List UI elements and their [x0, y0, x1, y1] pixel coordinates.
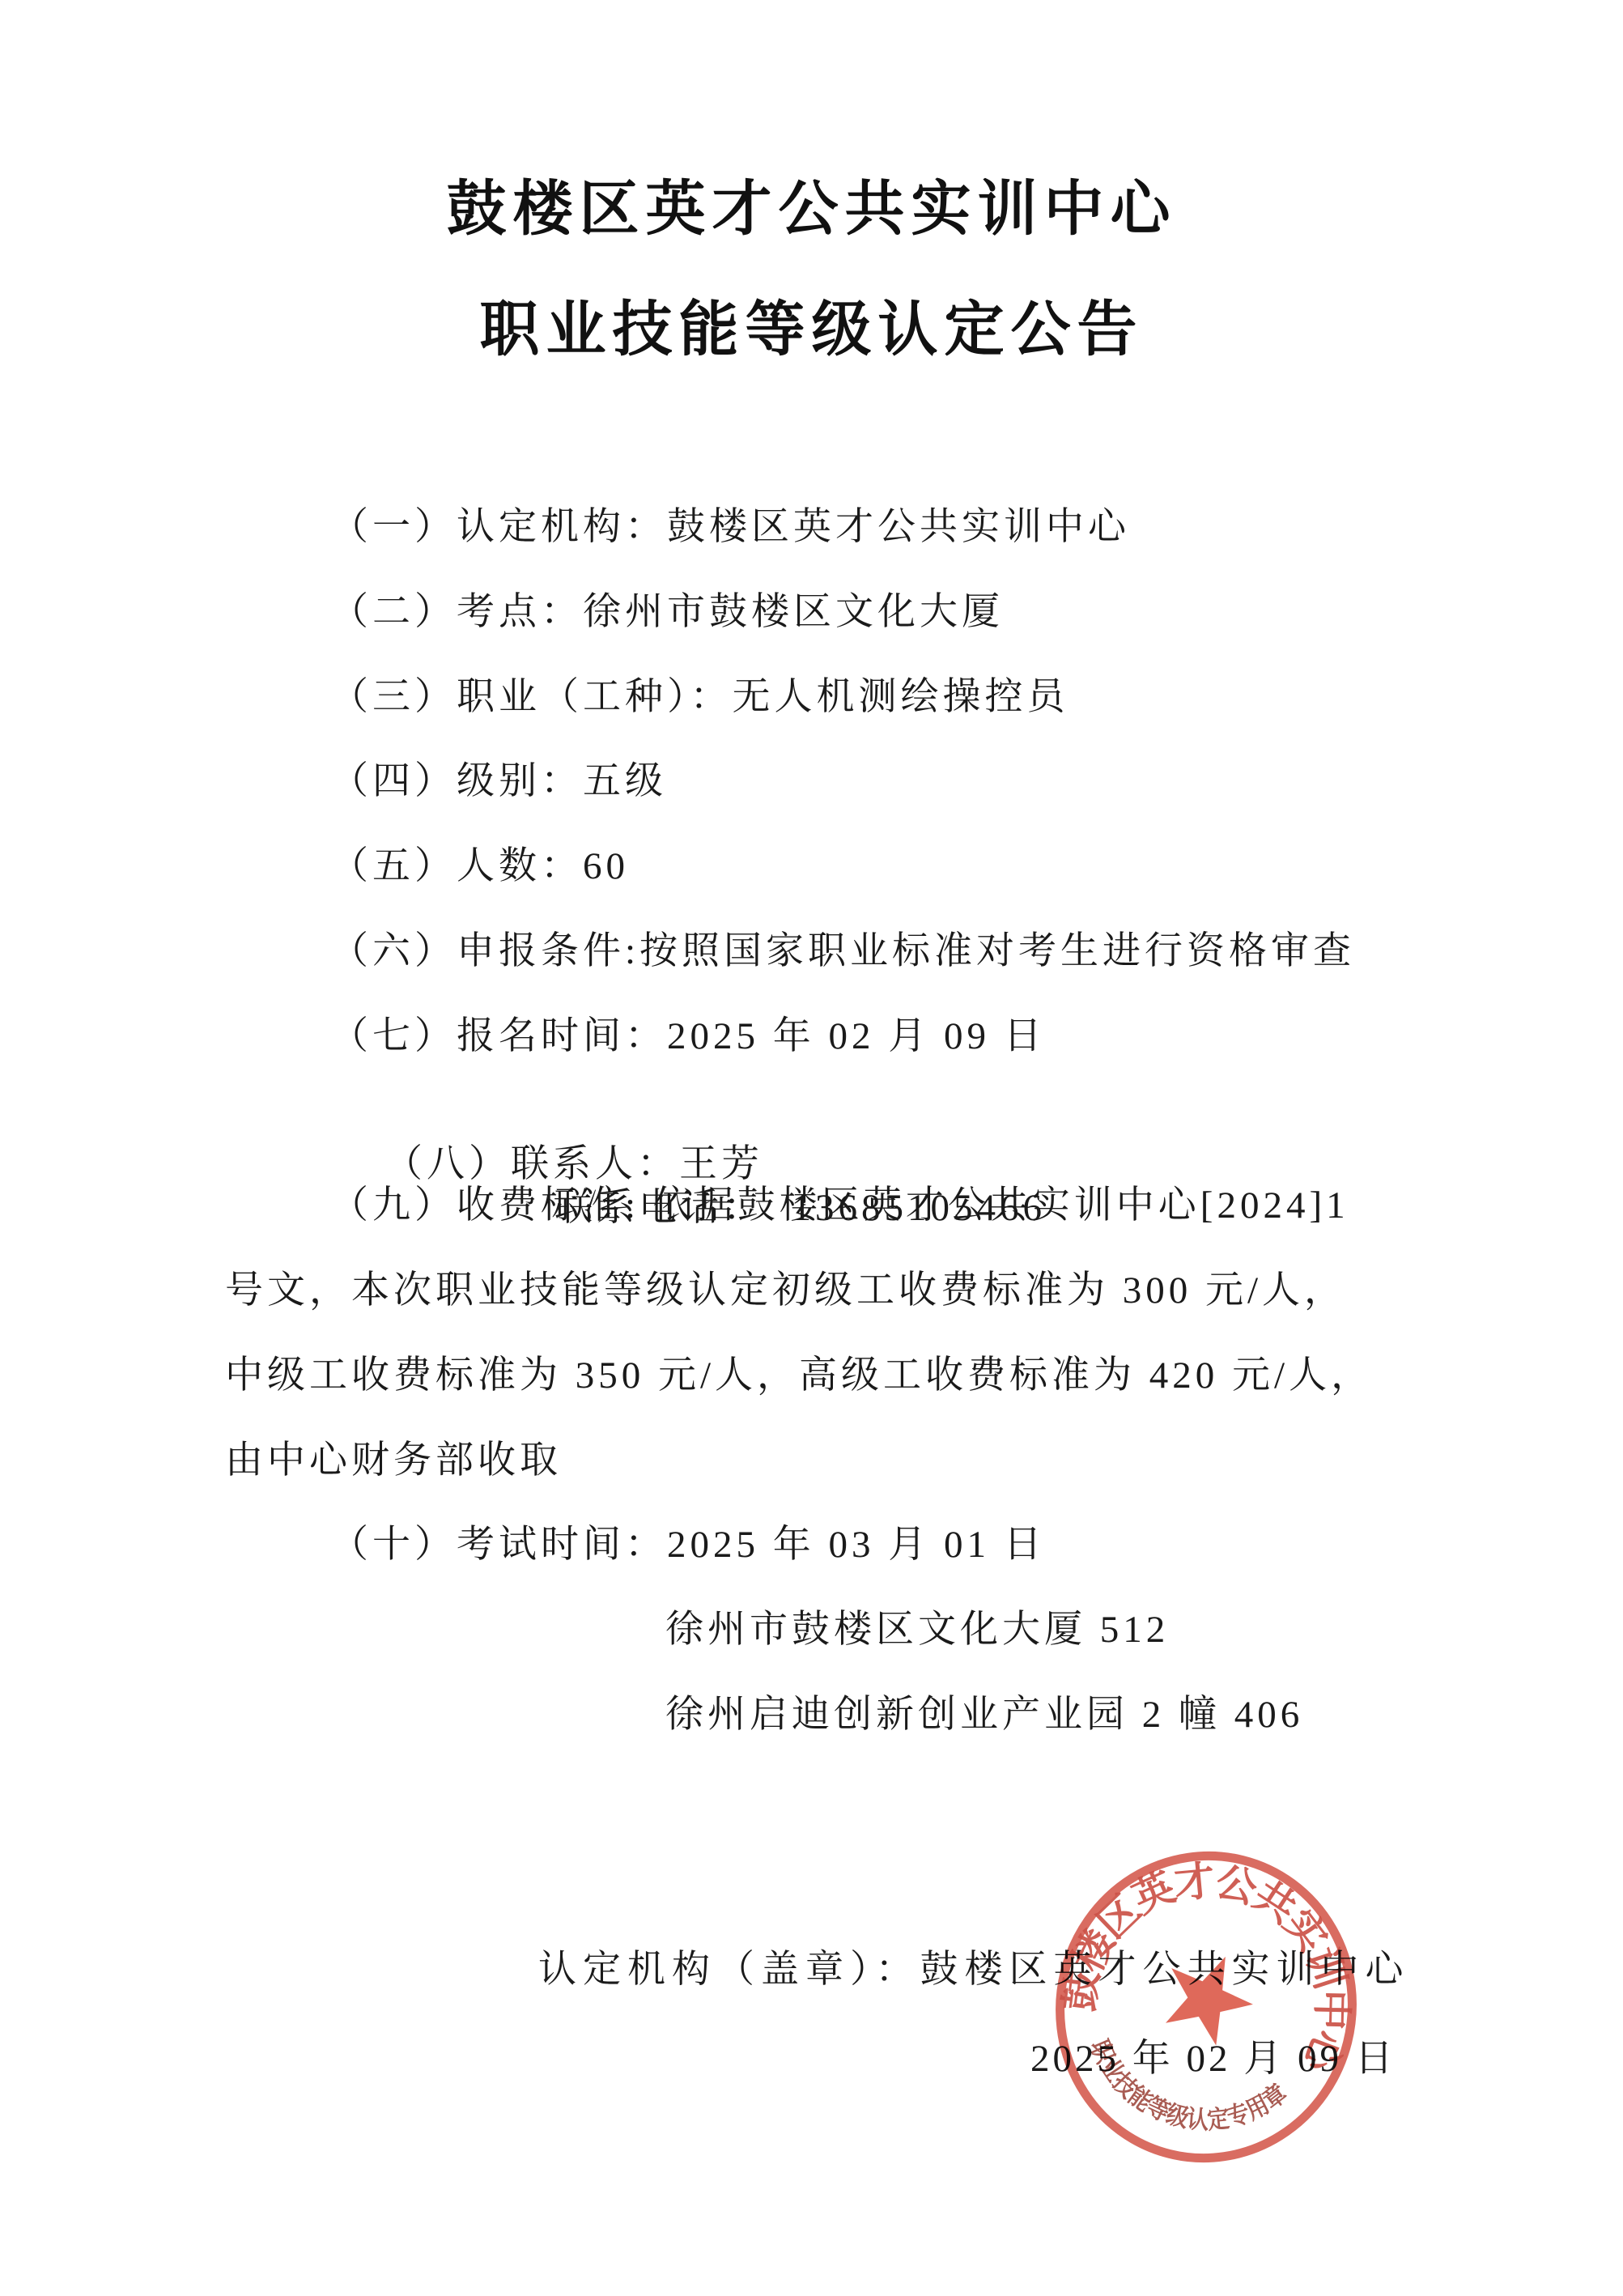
item-9-fee-standard-line4: 由中心财务部收取: [225, 1439, 562, 1482]
item-1-certifying-body: （一）认定机构：鼓楼区英才公共实训中心: [330, 505, 1130, 549]
seal-purpose-text: 职业技能等级认定专用章: [1071, 2030, 1298, 2156]
exam-address-line2: 徐州启迪创新创业产业园 2 幢 406: [665, 1693, 1303, 1737]
seal-star-icon: [1156, 1945, 1263, 2052]
item-9-fee-standard-line2: 号文，本次职业技能等级认定初级工收费标准为 300 元/人，: [225, 1269, 1346, 1312]
item-7-registration-date: （七）报名时间：2025 年 02 月 09 日: [330, 1014, 1046, 1058]
announcement-document: 鼓楼区英才公共实训中心 职业技能等级认定公告 （一）认定机构：鼓楼区英才公共实训…: [0, 0, 1623, 2296]
item-9-fee-standard-line3: 中级工收费标准为 350 元/人，高级工收费标准为 420 元/人，: [225, 1354, 1373, 1397]
item-2-exam-site: （二）考点：徐州市鼓楼区文化大厦: [330, 590, 1004, 634]
exam-address-line1: 徐州市鼓楼区文化大厦 512: [665, 1608, 1169, 1652]
contact-person: （八）联系人：王芳: [385, 1143, 763, 1185]
item-4-level: （四）级别：五级: [330, 759, 667, 803]
document-title-line2: 职业技能等级认定公告: [0, 293, 1623, 368]
item-9-fee-standard-line1: （九）收费标准: 依据鼓楼区英才公共实训中心[2024]1: [330, 1184, 1349, 1227]
official-seal-stamp: 鼓楼区英才公共实训中心 职业技能等级认定专用章: [1020, 1820, 1392, 2192]
item-5-headcount: （五）人数：60: [330, 844, 629, 888]
item-3-occupation: （三）职业（工种）：无人机测绘操控员: [330, 675, 1069, 719]
document-title-line1: 鼓楼区英才公共实训中心: [0, 172, 1623, 247]
item-6-application-terms: （六）申报条件:按照国家职业标准对考生进行资格审查: [330, 929, 1355, 973]
item-10-exam-date: （十）考试时间：2025 年 03 月 01 日: [330, 1523, 1046, 1567]
